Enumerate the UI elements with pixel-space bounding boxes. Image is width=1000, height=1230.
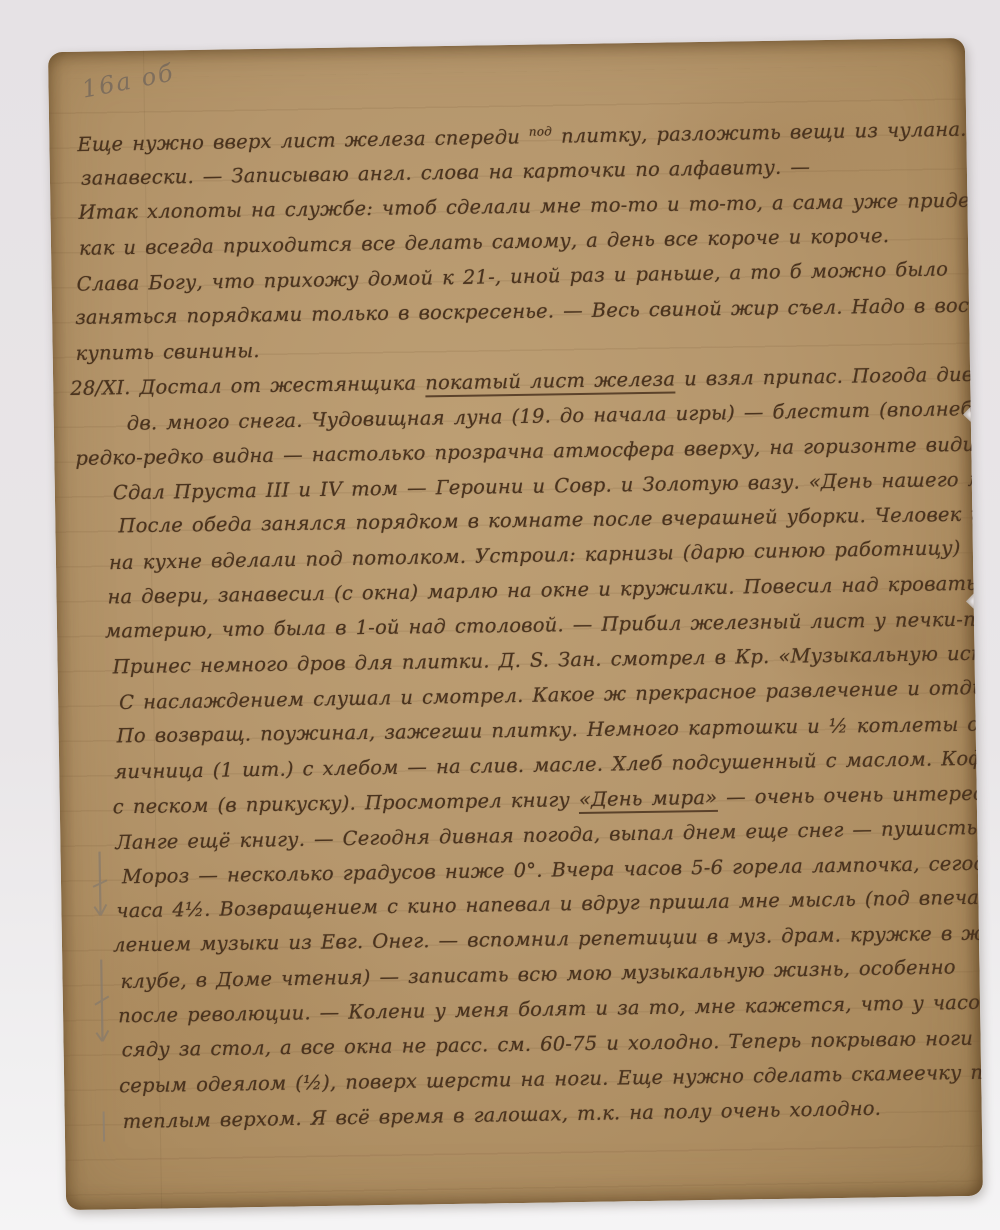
down-arrow-pencil-mark-icon	[91, 851, 110, 919]
underlined-phrase: покатый лист железа	[425, 367, 675, 397]
down-arrow-pencil-mark-icon	[92, 959, 111, 1045]
manuscript-text-block: Еще нужно вверх лист железа спереди под …	[49, 108, 982, 1140]
diary-paper-sheet: 16а об Еще нужно вверх лист железа спере…	[48, 38, 983, 1210]
tick-pencil-mark-icon	[95, 1111, 114, 1145]
inserted-word: под	[529, 124, 552, 138]
page-number-pencil: 16а об	[80, 60, 176, 101]
pencil-margin-marks	[48, 38, 965, 52]
underlined-phrase: «День мира»	[579, 786, 718, 814]
